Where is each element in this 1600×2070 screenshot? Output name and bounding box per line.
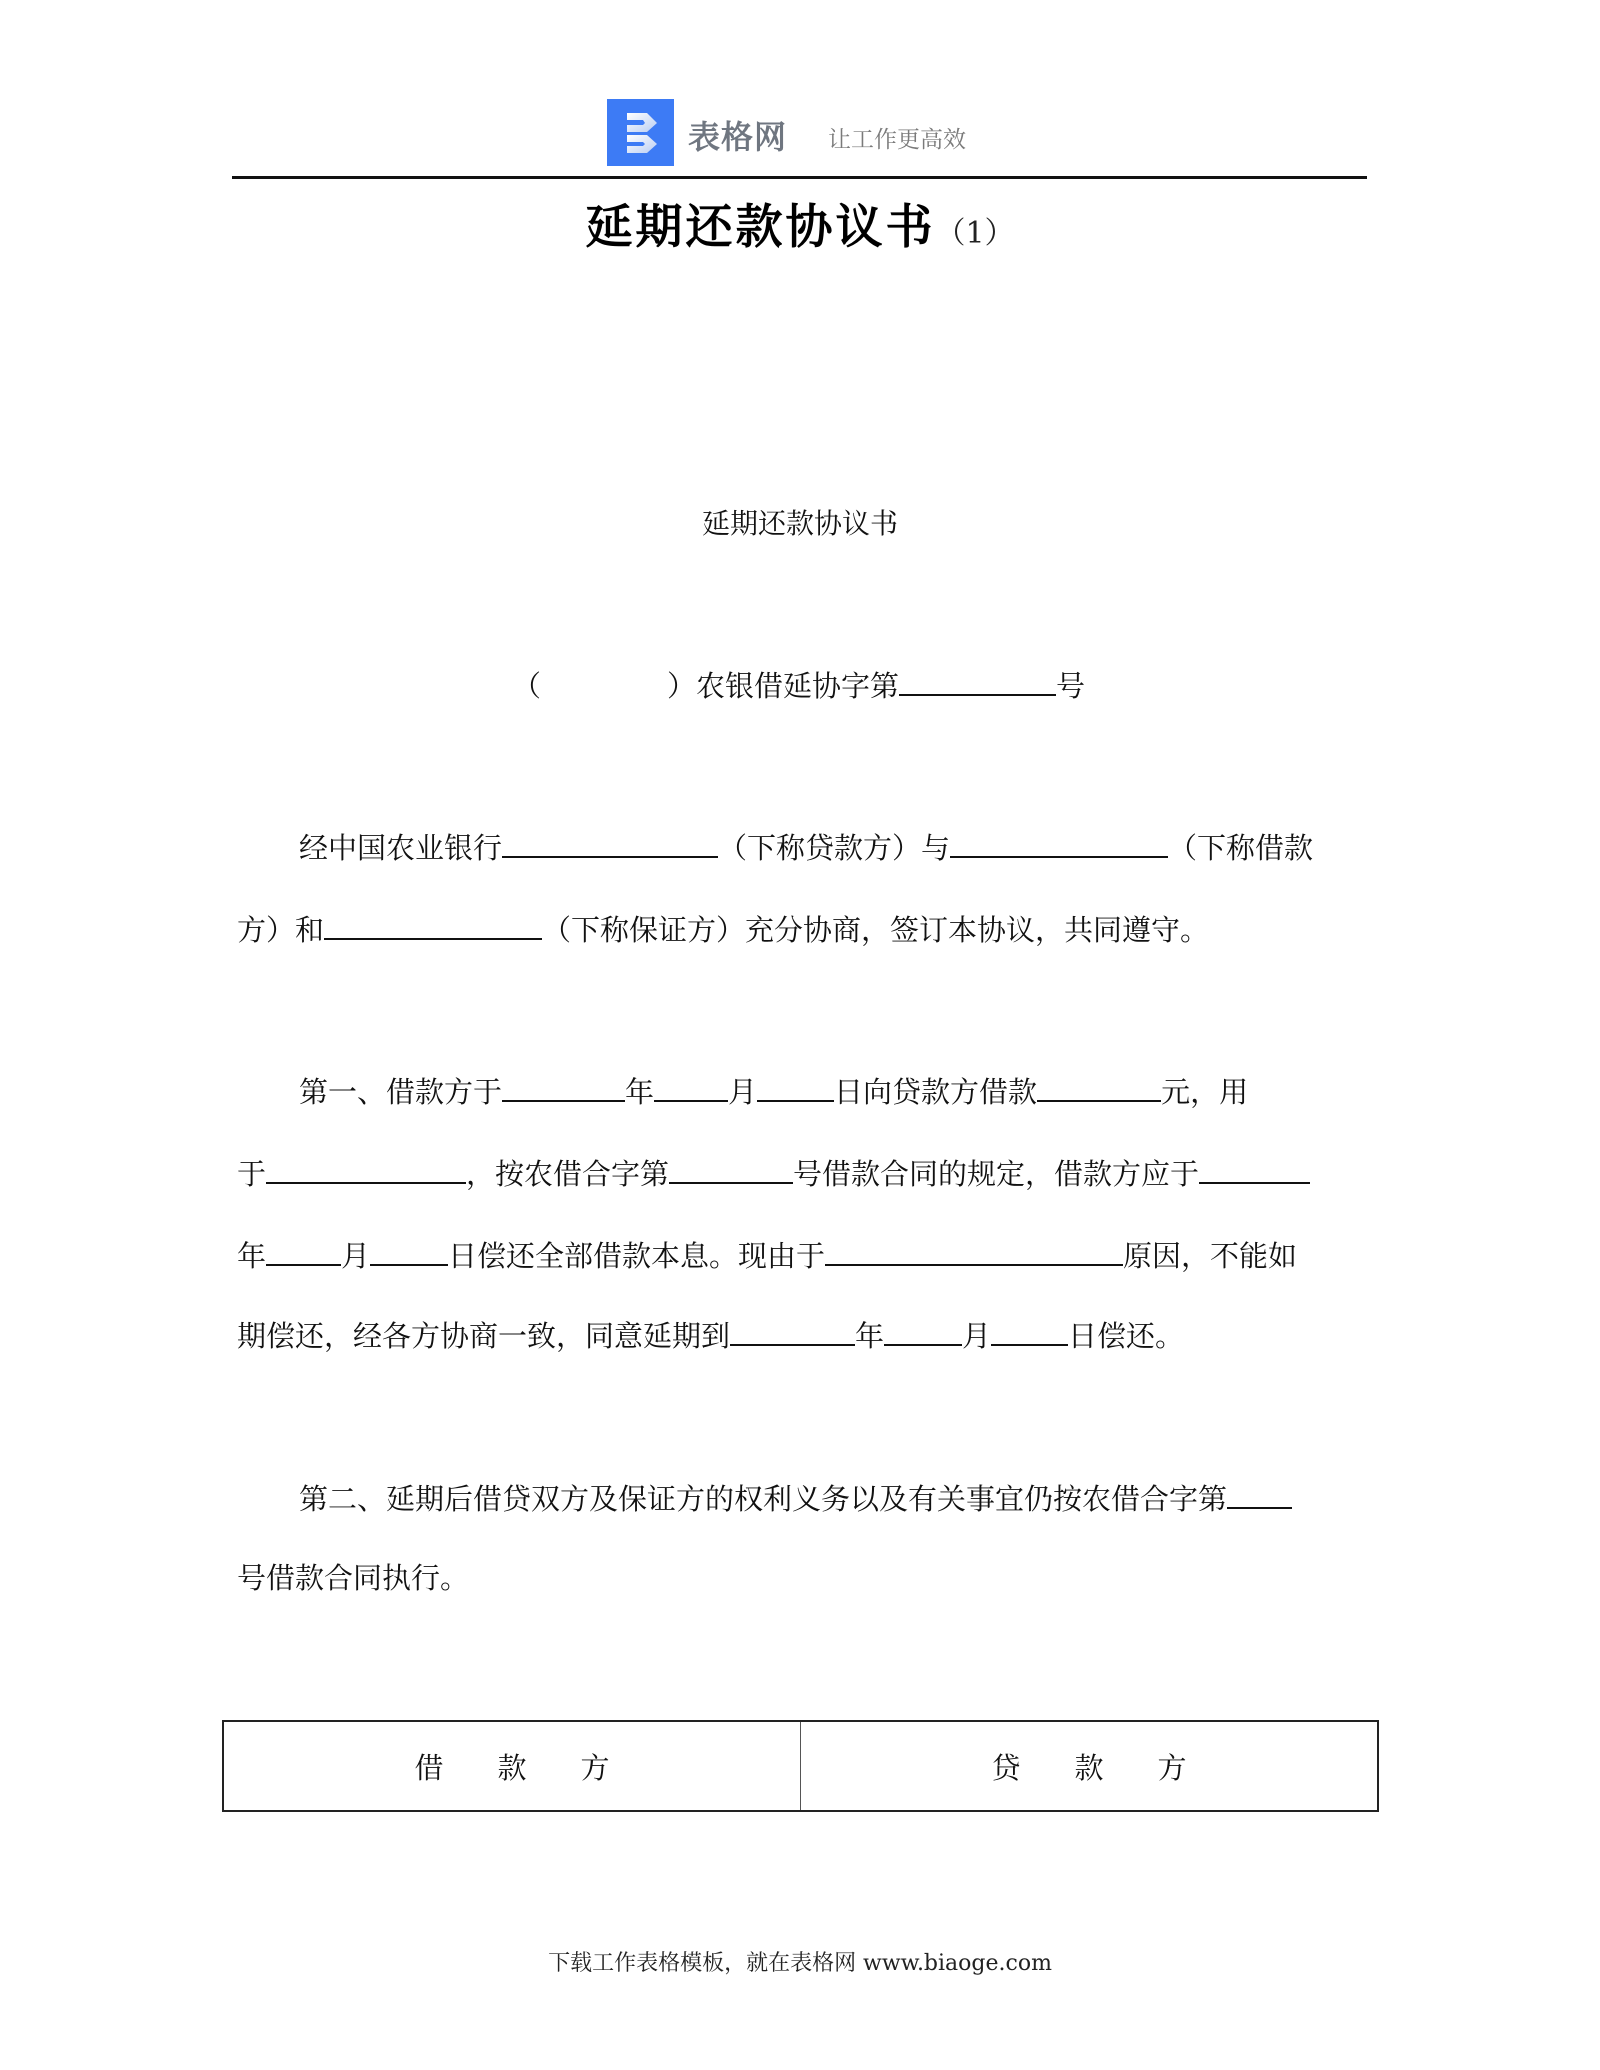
lender-signature-cell[interactable]: 贷款方	[800, 1722, 1377, 1810]
borrower-signature-cell[interactable]: 借款方	[224, 1722, 800, 1810]
clause-text: 日偿还全部借款本息。现由于	[448, 1239, 825, 1273]
clause-text: 日向贷款方借款	[834, 1075, 1037, 1109]
clause-text: 第二、延期后借贷双方及保证方的权利义务以及有关事宜仍按农借合字第	[299, 1482, 1227, 1516]
page-title: 延期还款协议书（1）	[0, 190, 1600, 257]
clause-2-contract-number-blank[interactable]	[1227, 1477, 1292, 1509]
loan-year-blank[interactable]	[502, 1070, 625, 1102]
clause-text: 第一、借款方于	[299, 1075, 502, 1109]
intro-text: （下称借款	[1168, 831, 1313, 865]
clause-1-line-1: 第一、借款方于年月日向贷款方借款元，用	[299, 1070, 1248, 1110]
clause-text: 月	[728, 1075, 757, 1109]
intro-text: 经中国农业银行	[299, 831, 502, 865]
title-main: 延期还款协议书	[585, 200, 935, 255]
loan-purpose-blank[interactable]	[266, 1152, 466, 1184]
clause-text: 月	[341, 1239, 370, 1273]
loan-amount-blank[interactable]	[1037, 1070, 1161, 1102]
clause-1-line-3: 年月日偿还全部借款本息。现由于原因，不能如	[237, 1234, 1297, 1274]
clause-text: 于	[237, 1157, 266, 1191]
title-number: （1）	[935, 216, 1014, 251]
clause-text: 年	[625, 1075, 654, 1109]
header-divider	[232, 176, 1367, 179]
clause-2-line-1: 第二、延期后借贷双方及保证方的权利义务以及有关事宜仍按农借合字第	[299, 1477, 1292, 1517]
contract-number-blank[interactable]	[669, 1152, 793, 1184]
borrower-name-blank[interactable]	[950, 826, 1168, 858]
loan-day-blank[interactable]	[757, 1070, 834, 1102]
clause-text: 月	[962, 1319, 991, 1353]
brand-slogan: 让工作更高效	[828, 121, 966, 154]
number-suffix: 号	[1056, 669, 1085, 703]
clause-text: 年	[237, 1239, 266, 1273]
lender-label-char: 贷	[991, 1746, 1020, 1787]
clause-text: 号借款合同的规定，借款方应于	[793, 1157, 1199, 1191]
agreement-number-blank[interactable]	[899, 664, 1056, 696]
extended-month-blank[interactable]	[884, 1314, 962, 1346]
due-year-blank[interactable]	[1199, 1152, 1310, 1184]
clause-text: 元，用	[1161, 1075, 1248, 1109]
agreement-number-line: （）农银借延协字第号	[512, 664, 1085, 704]
clause-text: ，按农借合字第	[466, 1157, 669, 1191]
borrower-label-char: 方	[581, 1746, 610, 1787]
intro-text: 方）和	[237, 913, 324, 947]
intro-line-2: 方）和（下称保证方）充分协商，签订本协议，共同遵守。	[237, 908, 1209, 948]
due-day-blank[interactable]	[370, 1234, 448, 1266]
signature-table: 借款方 贷款方	[222, 1720, 1379, 1812]
clause-1-line-2: 于，按农借合字第号借款合同的规定，借款方应于	[237, 1152, 1310, 1192]
number-prefix: ）农银借延协字第	[667, 669, 899, 703]
clause-text: 号借款合同执行。	[237, 1561, 469, 1595]
clause-text: 日偿还。	[1068, 1319, 1184, 1353]
delay-reason-blank[interactable]	[825, 1234, 1123, 1266]
loan-month-blank[interactable]	[654, 1070, 728, 1102]
bank-branch-blank[interactable]	[502, 826, 718, 858]
biaoge-logo-icon	[607, 99, 674, 166]
intro-text: （下称保证方）充分协商，签订本协议，共同遵守。	[542, 913, 1209, 947]
clause-text: 期偿还，经各方协商一致，同意延期到	[237, 1319, 730, 1353]
clause-1-line-4: 期偿还，经各方协商一致，同意延期到年月日偿还。	[237, 1314, 1184, 1354]
intro-text: （下称贷款方）与	[718, 831, 950, 865]
extended-year-blank[interactable]	[730, 1314, 855, 1346]
clause-2-line-2: 号借款合同执行。	[237, 1558, 469, 1598]
brand-name: 表格网	[688, 112, 787, 158]
due-month-blank[interactable]	[266, 1234, 341, 1266]
lender-label-char: 款	[1074, 1746, 1103, 1787]
document-subtitle: 延期还款协议书	[0, 502, 1600, 542]
lender-label-char: 方	[1158, 1746, 1187, 1787]
extended-day-blank[interactable]	[991, 1314, 1068, 1346]
intro-line-1: 经中国农业银行（下称贷款方）与（下称借款	[299, 826, 1313, 866]
borrower-label-char: 借	[414, 1746, 443, 1787]
footer-text: 下载工作表格模板，就在表格网 www.biaoge.com	[0, 1946, 1600, 1977]
number-open-paren: （	[512, 669, 541, 703]
borrower-label-char: 款	[497, 1746, 526, 1787]
clause-text: 年	[855, 1319, 884, 1353]
clause-text: 原因，不能如	[1123, 1239, 1297, 1273]
guarantor-name-blank[interactable]	[324, 908, 542, 940]
